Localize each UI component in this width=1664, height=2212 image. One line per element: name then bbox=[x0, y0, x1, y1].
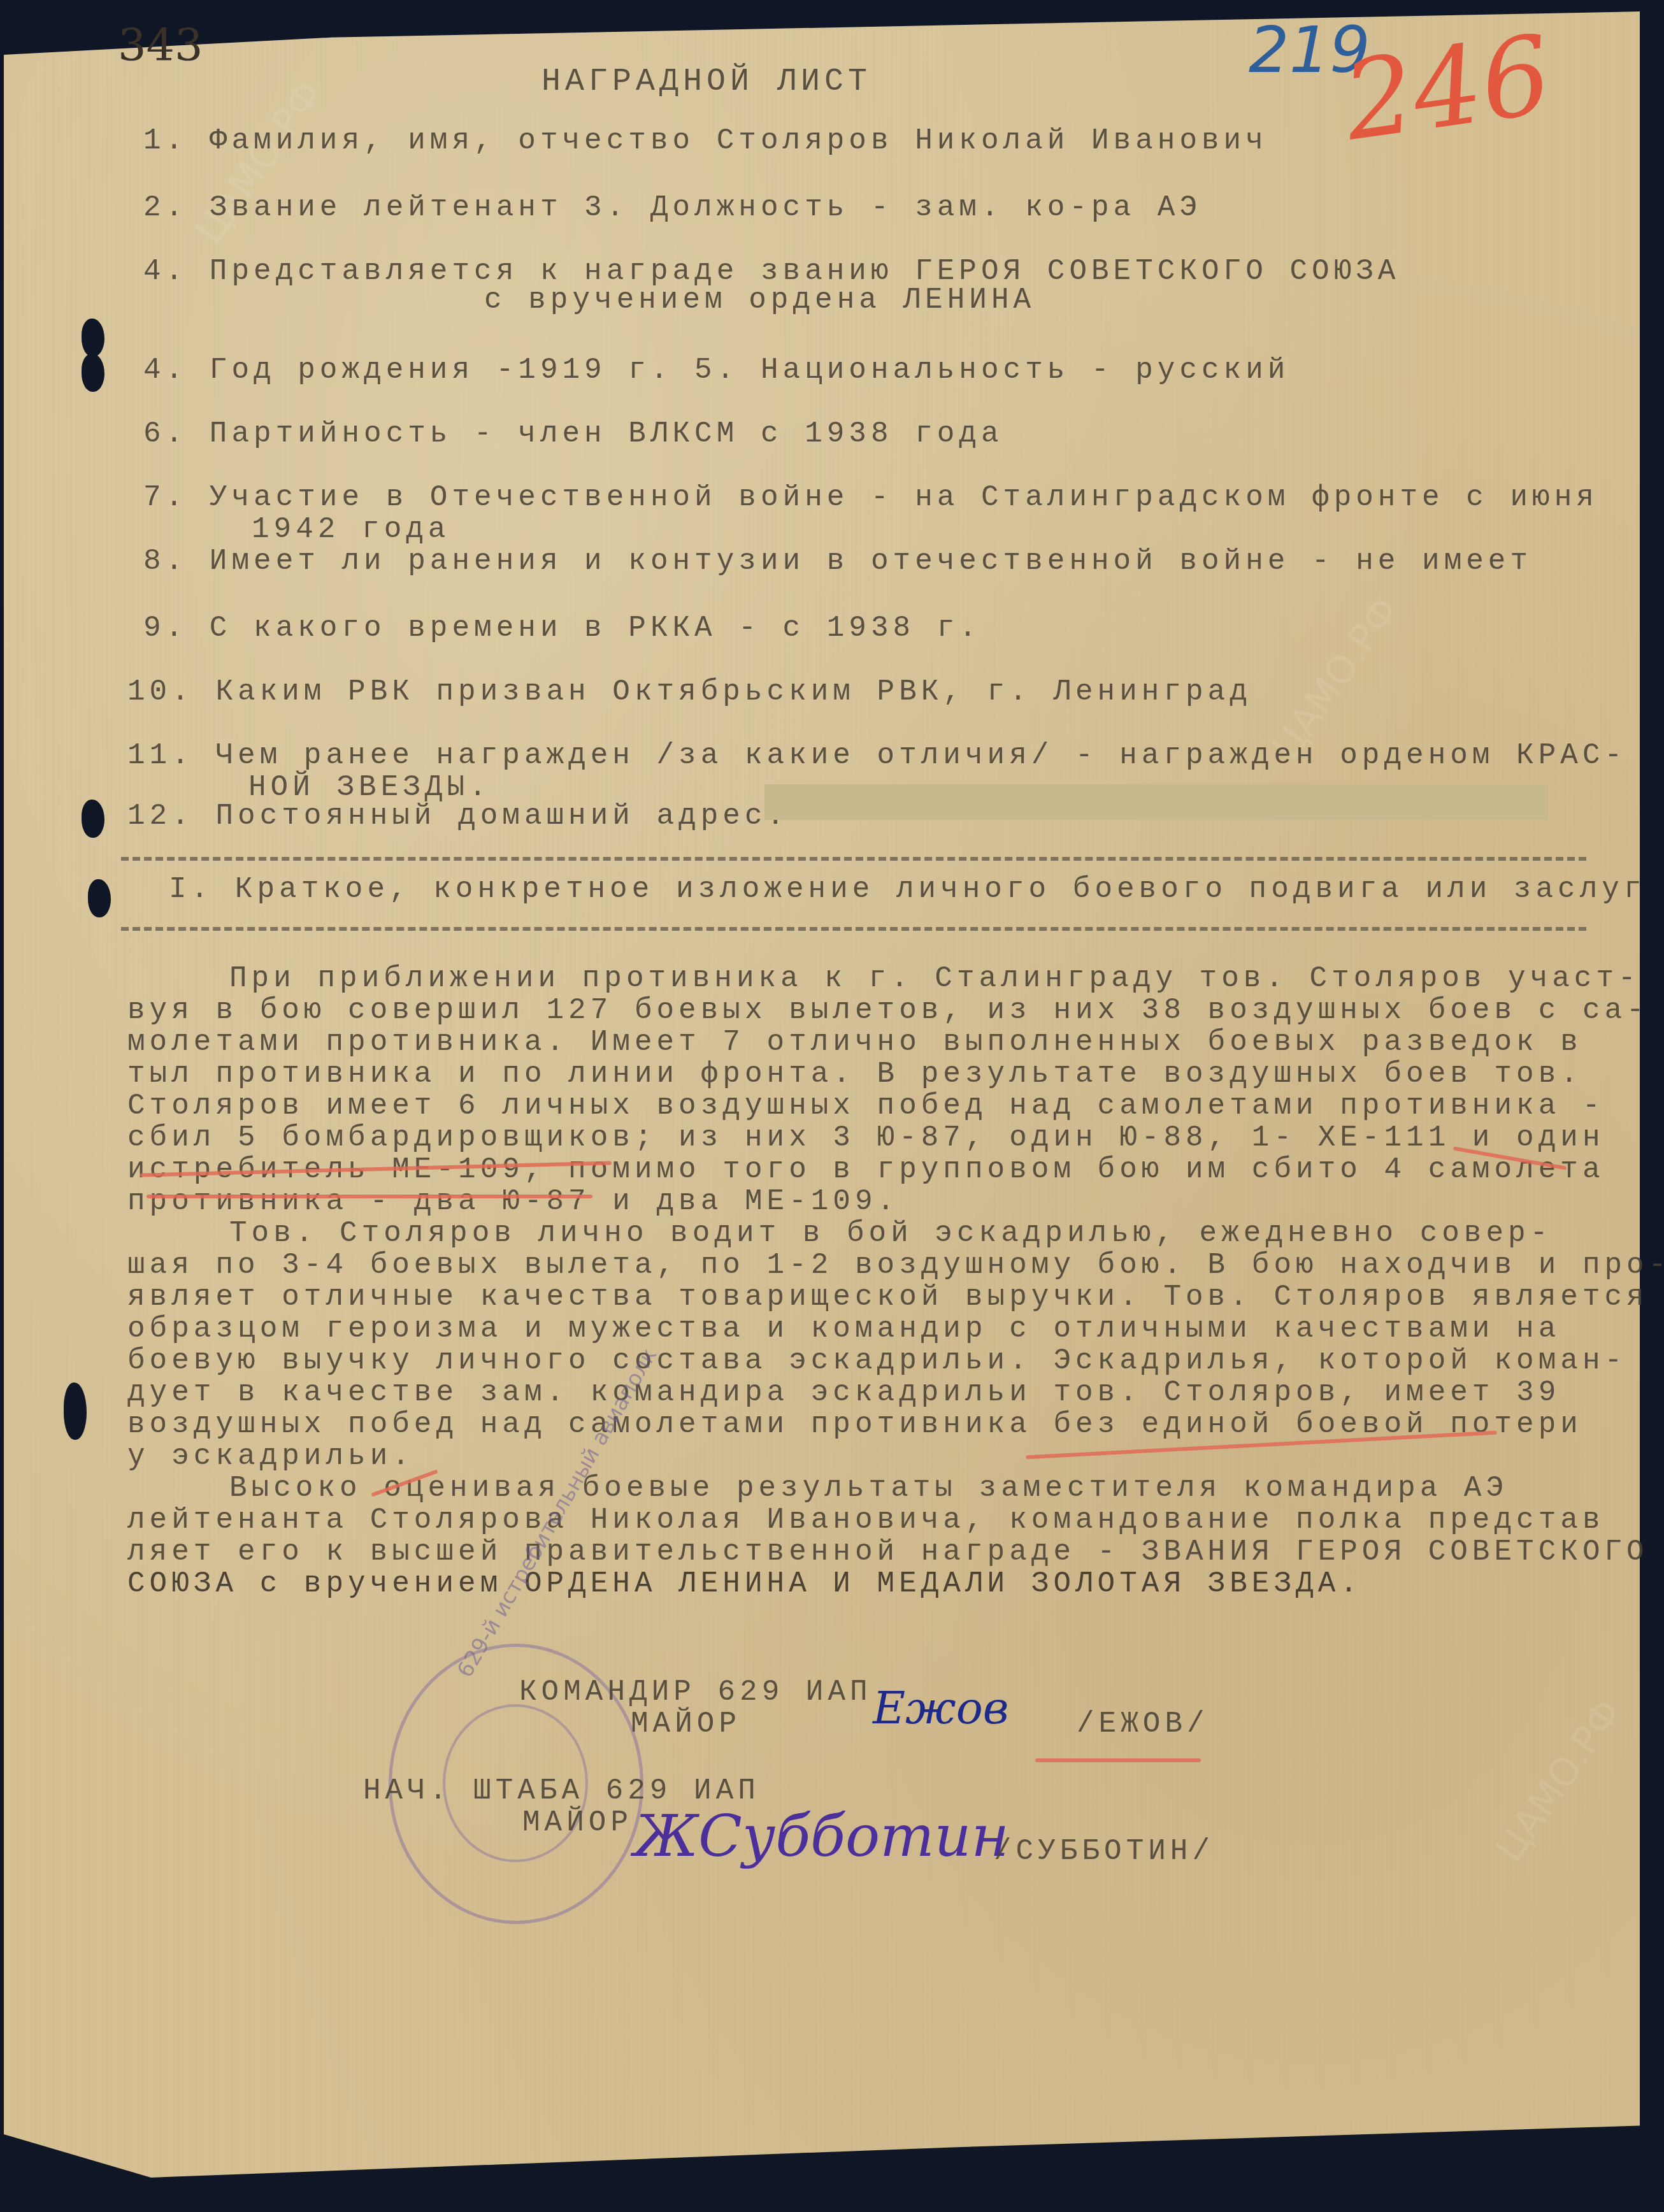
field-conscription: 10. Каким РВК призван Октябрьским РВК, г… bbox=[127, 675, 1252, 708]
narrative-line: сбил 5 бомбардировщиков; из них 3 Ю-87, … bbox=[127, 1121, 1605, 1154]
commander-signature: Ежов bbox=[873, 1682, 1009, 1734]
narrative-line: образцом героизма и мужества и командир … bbox=[127, 1312, 1560, 1346]
field-birth-nationality: 4. Год рождения -1919 г. 5. Национальнос… bbox=[143, 354, 1289, 387]
narrative-line: противника - два Ю-87 и два МЕ-109. bbox=[127, 1185, 899, 1218]
narrative-line: СОЮЗА с вручением ОРДЕНА ЛЕНИНА И МЕДАЛИ… bbox=[127, 1567, 1362, 1600]
binding-hole bbox=[82, 354, 104, 392]
red-underline bbox=[1035, 1758, 1201, 1762]
narrative-line: Тов. Столяров лично водит в бой эскадрил… bbox=[229, 1217, 1552, 1250]
commander-name: /ЕЖОВ/ bbox=[1077, 1707, 1209, 1741]
binding-hole bbox=[64, 1382, 87, 1440]
red-underline bbox=[147, 1195, 592, 1198]
binding-hole bbox=[88, 879, 111, 917]
narrative-line: боевую выучку личного состава эскадрильи… bbox=[127, 1344, 1626, 1377]
field-war-participation: 7. Участие в Отечественной войне - на Ст… bbox=[143, 481, 1598, 514]
field-rank-position: 2. Звание лейтенант 3. Должность - зам. … bbox=[143, 191, 1201, 224]
commander-rank: МАЙОР bbox=[631, 1707, 741, 1741]
field-home-address: 12. Постоянный домашний адрес: bbox=[127, 800, 789, 833]
narrative-line: воздушных побед над самолетами противник… bbox=[127, 1408, 1582, 1441]
narrative-line: При приближении противника к г. Сталингр… bbox=[229, 962, 1640, 995]
narrative-line: вуя в бою совершил 127 боевых вылетов, и… bbox=[127, 994, 1649, 1027]
binding-hole bbox=[82, 800, 104, 838]
narrative-line: являет отличные качества товарищеской вы… bbox=[127, 1281, 1649, 1314]
narrative-line: молетами противника. Имеет 7 отлично вып… bbox=[127, 1026, 1582, 1059]
redacted-address bbox=[764, 784, 1548, 820]
narrative-line: тыл противника и по линии фронта. В резу… bbox=[127, 1058, 1582, 1091]
field-award-nomination-cont: с вручением ордена ЛЕНИНА bbox=[484, 284, 1035, 317]
field-previous-awards: 11. Чем ранее награжден /за какие отличи… bbox=[127, 739, 1626, 772]
commander-title: КОМАНДИР 629 ИАП bbox=[519, 1676, 872, 1709]
narrative-line: у эскадрильи. bbox=[127, 1440, 414, 1473]
dashed-separator bbox=[121, 857, 1586, 861]
binding-hole bbox=[82, 319, 104, 357]
narrative-line: Столяров имеет 6 личных воздушных побед … bbox=[127, 1089, 1605, 1123]
narrative-line: шая по 3-4 боевых вылета, по 1-2 воздушн… bbox=[127, 1249, 1664, 1282]
field-full-name: 1. Фамилия, имя, отчество Столяров Никол… bbox=[143, 124, 1268, 157]
section-heading: I. Краткое, конкретное изложение личного… bbox=[169, 873, 1646, 906]
field-party: 6. Партийность - член ВЛКСМ с 1938 года bbox=[143, 417, 1003, 450]
narrative-line: лейтенанта Столярова Николая Ивановича, … bbox=[127, 1504, 1605, 1537]
narrative-line: ляет его к высшей правительственной нагр… bbox=[127, 1535, 1649, 1569]
field-war-participation-cont: 1942 года bbox=[252, 513, 450, 546]
chief-of-staff-rank: МАЙОР bbox=[522, 1806, 633, 1839]
document-title: НАГРАДНОЙ ЛИСТ bbox=[542, 64, 871, 100]
dashed-separator bbox=[121, 927, 1586, 931]
field-rkka-since: 9. С какого времени в РККА - с 1938 г. bbox=[143, 612, 981, 645]
archive-page-number: 343 bbox=[118, 19, 203, 71]
field-wounds: 8. Имеет ли ранения и контузии в отечест… bbox=[143, 545, 1532, 578]
chief-of-staff-signature: ЖСубботин bbox=[634, 1803, 1009, 1870]
narrative-line: дует в качестве зам. командира эскадриль… bbox=[127, 1376, 1560, 1409]
chief-of-staff-name: /СУББОТИН/ bbox=[994, 1835, 1214, 1868]
